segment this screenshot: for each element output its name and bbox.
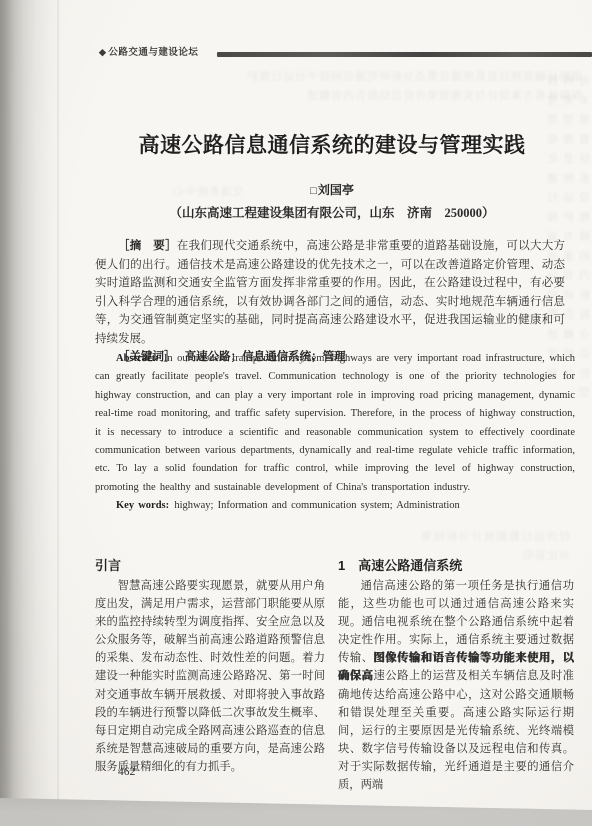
section1-heading: 1 高速公路通信系统 [338,556,574,575]
keywords-en-text: highway; Information and communication s… [174,500,459,511]
journal-column-header: ◆公路交通与建设论坛 [99,44,198,58]
abstract-en-text: In our modern transportation system, hig… [95,353,575,493]
scanned-page: 道路运输管理信息系统建设要点分析研究通信网络平台运行维护保障体系方案设计与实施效… [0,0,592,826]
keywords-en-line: Key words:highway; Information and commu… [95,497,575,515]
diamond-icon: ◆ [99,47,106,57]
abstract-cn-text: 在我们现代交通系统中，高速公路是非常重要的道路基础设施，可以大大方便人们的出行。… [95,240,565,345]
author-name: 刘国亭 [318,183,354,197]
chinese-abstract-block: ［摘 要］在我们现代交通系统中，高速公路是非常重要的道路基础设施，可以大大方便人… [95,237,565,367]
left-column: 引言 智慧高速公路要实现愿景，就要从用户角度出发，满足用户需求，运营部门职能要从… [95,556,325,794]
author-marker-icon: □ [310,185,317,197]
section1-paragraph: 通信高速公路的第一项任务是执行通信功能，这些功能也可以通过通信高速公路来实现。通… [338,577,574,794]
intro-heading: 引言 [95,556,325,575]
right-column: 1 高速公路通信系统 通信高速公路的第一项任务是执行通信功能，这些功能也可以通过… [338,556,574,794]
author-line: □刘国亭 [92,181,572,198]
abstract-en-label: Abstract: [116,353,159,364]
keywords-en-label: Key words: [116,500,169,511]
abstract-cn-paragraph: ［摘 要］在我们现代交通系统中，高速公路是非常重要的道路基础设施，可以大大方便人… [95,237,565,348]
journal-column-label: 公路交通与建设论坛 [108,47,198,58]
abstract-cn-label: ［摘 要］ [118,240,177,252]
english-abstract-block: Abstract:In our modern transportation sy… [95,350,575,516]
page-number: 462 [118,766,135,778]
abstract-en-paragraph: Abstract:In our modern transportation sy… [95,350,575,497]
two-column-body: 引言 智慧高速公路要实现愿景，就要从用户角度出发，满足用户需求，运营部门职能要从… [95,556,574,794]
intro-paragraph: 智慧高速公路要实现愿景，就要从用户角度出发，满足用户需求，运营部门职能要从原来的… [95,577,325,776]
section1-text-b: 速公路上的运营及相关车辆信息及时准确地传达给高速公路中心，这对公路交通顺畅和错误… [338,670,574,791]
header-rule [217,52,592,57]
affiliation: （山东高速工程建设集团有限公司，山东 济南 250000） [92,203,572,221]
page-title: 高速公路信息通信系统的建设与管理实践 [92,129,572,159]
